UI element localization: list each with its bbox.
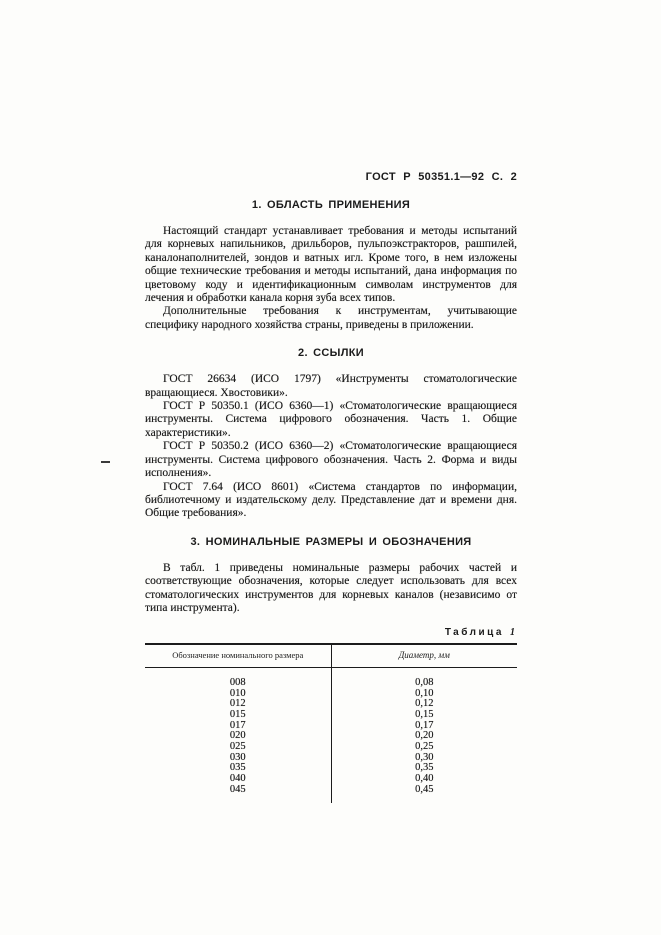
section-2-title: 2. ССЫЛКИ <box>145 347 517 360</box>
section-3-title: 3. НОМИНАЛЬНЫЕ РАЗМЕРЫ И ОБОЗНАЧЕНИЯ <box>145 536 517 549</box>
table-body: 0080,08 0100,10 0120,12 0150,15 0170,17 … <box>145 667 517 802</box>
document-page: ГОСТ Р 50351.1—92 С. 2 1. ОБЛАСТЬ ПРИМЕН… <box>0 0 661 935</box>
section-1-title: 1. ОБЛАСТЬ ПРИМЕНЕНИЯ <box>145 199 517 212</box>
table-header-row: Обозначение номинального размера Диаметр… <box>145 644 517 667</box>
table-header: Обозначение номинального размера Диаметр… <box>145 644 517 667</box>
table-row: 0100,10 <box>145 689 517 700</box>
nominal-sizes-table: Обозначение номинального размера Диаметр… <box>145 643 517 802</box>
reference-item: ГОСТ Р 50350.2 (ИСО 6360—2) «Стоматологи… <box>145 440 517 480</box>
table-row: 0300,30 <box>145 753 517 764</box>
page-content: ГОСТ Р 50351.1—92 С. 2 1. ОБЛАСТЬ ПРИМЕН… <box>145 171 517 803</box>
reference-item: ГОСТ 26634 (ИСО 1797) «Инструменты стома… <box>145 373 517 400</box>
table-row: 0120,12 <box>145 699 517 710</box>
table-row: 0350,35 <box>145 763 517 774</box>
table-row: 0250,25 <box>145 742 517 753</box>
size-code-cell: 045 <box>145 785 331 803</box>
table-row: 0400,40 <box>145 774 517 785</box>
table-row: 0200,20 <box>145 731 517 742</box>
table-row: 0080,08 <box>145 667 517 688</box>
table-caption-number: 1 <box>510 627 515 638</box>
table-caption-word: Таблица <box>445 627 504 638</box>
size-code-cell: 008 <box>145 667 331 688</box>
table-row: 0170,17 <box>145 721 517 732</box>
margin-artifact-mark <box>101 461 110 463</box>
table-row: 0450,45 <box>145 785 517 803</box>
reference-item: ГОСТ Р 50350.1 (ИСО 6360—1) «Стоматологи… <box>145 400 517 440</box>
running-header: ГОСТ Р 50351.1—92 С. 2 <box>145 171 517 184</box>
column-header-designation: Обозначение номинального размера <box>145 644 331 667</box>
table-caption: Таблица1 <box>145 627 515 638</box>
reference-item: ГОСТ 7.64 (ИСО 8601) «Система стандартов… <box>145 481 517 521</box>
section-1-paragraph-2: Дополнительные требования к инструментам… <box>145 305 517 332</box>
column-header-diameter: Диаметр, мм <box>331 644 517 667</box>
section-1-paragraph-1: Настоящий стандарт устанавливает требова… <box>145 225 517 305</box>
diameter-cell: 0,08 <box>331 667 517 688</box>
diameter-cell: 0,45 <box>331 785 517 803</box>
section-3-paragraph: В табл. 1 приведены номинальные размеры … <box>145 562 517 616</box>
table-row: 0150,15 <box>145 710 517 721</box>
